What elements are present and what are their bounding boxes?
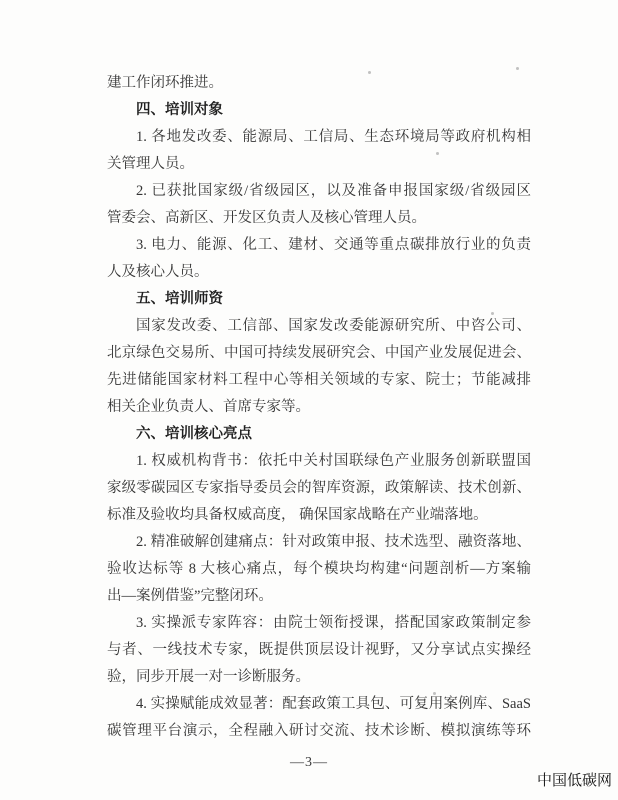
- scan-speck: [433, 692, 436, 695]
- text-line: 1. 权威机构背书：依托中关村国联绿色产业服务创新联盟国: [107, 448, 531, 475]
- section-heading: 六、培训核心亮点: [107, 421, 531, 448]
- scan-speck: [436, 152, 439, 155]
- text-line: 关管理人员。: [107, 151, 531, 178]
- text-line: 标准及验收均具备权威高度， 确保国家战略在产业端落地。: [107, 502, 531, 529]
- text-line: 2. 精准破解创建痛点：针对政策申报、技术选型、融资落地、: [107, 529, 531, 556]
- text-line: 4. 实操赋能成效显著：配套政策工具包、可复用案例库、SaaS: [107, 691, 531, 718]
- scan-speck: [516, 67, 519, 70]
- page-number: —3—: [0, 755, 618, 771]
- text-line: 人及核心人员。: [107, 259, 531, 286]
- text-line: 验收达标等 8 大核心痛点，每个模块均构建“问题剖析—方案输: [107, 556, 531, 583]
- section-heading: 四、培训对象: [107, 97, 531, 124]
- scan-speck: [491, 312, 494, 315]
- document-body: 建工作闭环推进。四、培训对象1. 各地发改委、能源局、工信局、生态环境局等政府机…: [107, 70, 531, 745]
- scan-speck: [428, 236, 431, 239]
- text-line: 建工作闭环推进。: [107, 70, 531, 97]
- text-line: 家级零碳园区专家指导委员会的智库资源，政策解读、技术创新、: [107, 475, 531, 502]
- text-line: 先进储能国家材料工程中心等相关领域的专家、院士；节能减排: [107, 367, 531, 394]
- text-line: 国家发改委、工信部、国家发改委能源研究所、中咨公司、: [107, 313, 531, 340]
- text-line: 3. 实操派专家阵容：由院士领衔授课，搭配国家政策制定参: [107, 610, 531, 637]
- text-line: 验，同步开展一对一诊断服务。: [107, 664, 531, 691]
- section-heading: 五、培训师资: [107, 286, 531, 313]
- text-line: 碳管理平台演示，全程融入研讨交流、技术诊断、模拟演练等环: [107, 718, 531, 745]
- scanned-page: 建工作闭环推进。四、培训对象1. 各地发改委、能源局、工信局、生态环境局等政府机…: [0, 0, 618, 800]
- text-line: 1. 各地发改委、能源局、工信局、生态环境局等政府机构相: [107, 124, 531, 151]
- text-line: 出—案例借鉴”完整闭环。: [107, 583, 531, 610]
- text-line: 2. 已获批国家级/省级园区，以及准备申报国家级/省级园区: [107, 178, 531, 205]
- text-line: 相关企业负责人、首席专家等。: [107, 394, 531, 421]
- text-line: 管委会、高新区、开发区负责人及核心管理人员。: [107, 205, 531, 232]
- scan-speck: [435, 616, 438, 619]
- scan-speck: [368, 71, 371, 74]
- site-watermark: 中国低碳网: [537, 769, 612, 790]
- text-line: 与者、一线技术专家，既提供顶层设计视野，又分享试点实操经: [107, 637, 531, 664]
- text-line: 3. 电力、能源、化工、建材、交通等重点碳排放行业的负责: [107, 232, 531, 259]
- text-line: 北京绿色交易所、中国可持续发展研究会、中国产业发展促进会、: [107, 340, 531, 367]
